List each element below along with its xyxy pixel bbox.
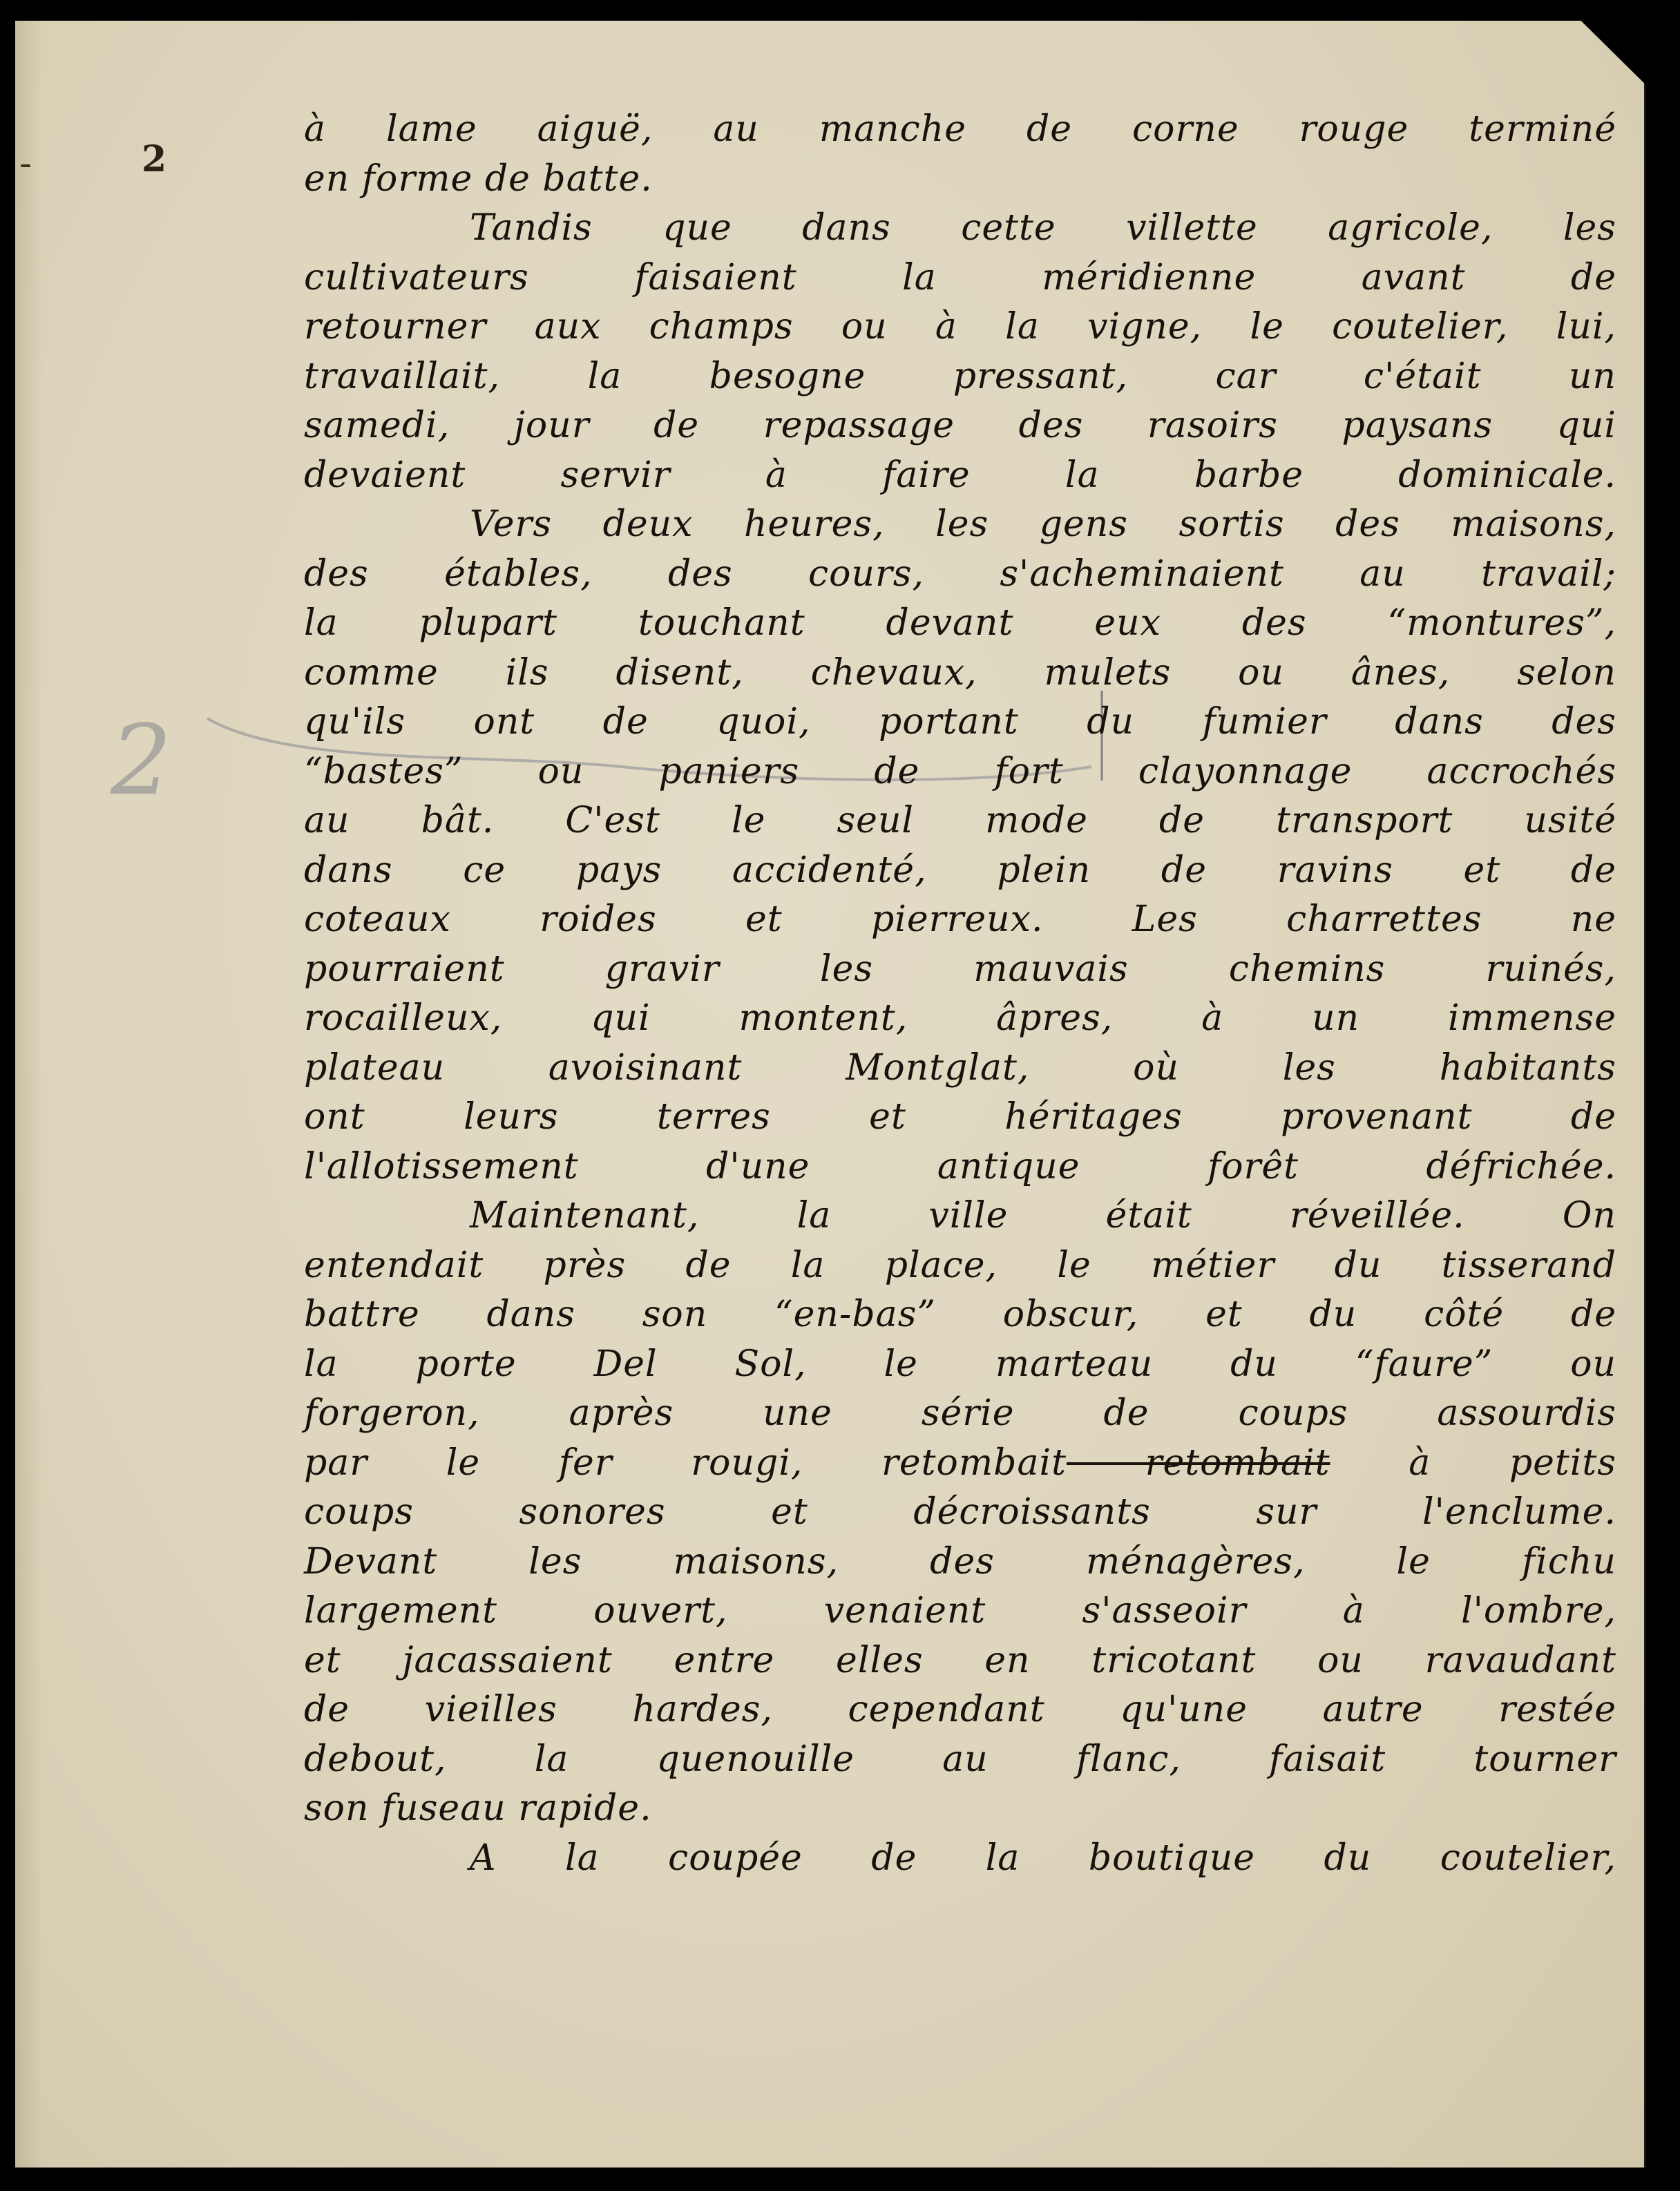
line-text: plateau avoisinant Montglat, où les habi… — [304, 1047, 1616, 1089]
line-text: travaillait, la besogne pressant, car c'… — [304, 356, 1616, 397]
manuscript-line: de vieilles hardes, cependant qu'une aut… — [304, 1685, 1616, 1735]
manuscript-line: coups sonores et décroissants sur l'encl… — [304, 1488, 1616, 1538]
line-text: cultivateurs faisaient la méridienne ava… — [304, 257, 1616, 298]
manuscript-line: forgeron, après une série de coups assou… — [304, 1389, 1616, 1439]
manuscript-line: travaillait, la besogne pressant, car c'… — [304, 352, 1616, 402]
manuscript-line: Devant les maisons, des ménagères, le fi… — [304, 1538, 1616, 1587]
manuscript-line: et jacassaient entre elles en tricotant … — [304, 1636, 1616, 1686]
line-text: qu'ils ont de quoi, portant du fumier da… — [304, 701, 1616, 743]
manuscript-line: A la coupée de la boutique du coutelier, — [304, 1834, 1616, 1884]
manuscript-line: ont leurs terres et héritages provenant … — [304, 1093, 1616, 1142]
manuscript-line: Maintenant, la ville était réveillée. On — [304, 1192, 1616, 1241]
pencil-margin-number: 2 — [111, 705, 172, 817]
line-text: dans ce pays accidenté, plein de ravins … — [304, 850, 1616, 891]
line-text: forgeron, après une série de coups assou… — [304, 1393, 1616, 1434]
manuscript-line: l'allotissement d'une antique forêt défr… — [304, 1142, 1616, 1192]
manuscript-line: rocailleux, qui montent, âpres, à un imm… — [304, 994, 1616, 1044]
line-text: largement ouvert, venaient s'asseoir à l… — [304, 1590, 1616, 1632]
line-text: pourraient gravir les mauvais chemins ru… — [304, 948, 1616, 990]
line-text: rocailleux, qui montent, âpres, à un imm… — [304, 997, 1616, 1039]
line-text: samedi, jour de repassage des rasoirs pa… — [304, 405, 1616, 446]
manuscript-line: battre dans son “en-bas” obscur, et du c… — [304, 1290, 1616, 1340]
manuscript-line: la porte Del Sol, le marteau du “faure” … — [304, 1340, 1616, 1390]
line-text: Devant les maisons, des ménagères, le fi… — [304, 1541, 1616, 1582]
line-text: au bât. C'est le seul mode de transport … — [304, 800, 1616, 841]
line-text: debout, la quenouille au flanc, faisait … — [304, 1739, 1616, 1780]
manuscript-line: plateau avoisinant Montglat, où les habi… — [304, 1044, 1616, 1093]
manuscript-line: son fuseau rapide. — [304, 1784, 1616, 1834]
manuscript-line: à lame aiguë, au manche de corne rouge t… — [304, 105, 1616, 155]
line-text: l'allotissement d'une antique forêt défr… — [304, 1146, 1616, 1187]
line-text: et jacassaient entre elles en tricotant … — [304, 1640, 1616, 1681]
manuscript-line: coteaux roides et pierreux. Les charrett… — [304, 895, 1616, 945]
line-text-continued: à petits — [1330, 1442, 1616, 1484]
manuscript-line: entendait près de la place, le métier du… — [304, 1241, 1616, 1291]
line-text: battre dans son “en-bas” obscur, et du c… — [304, 1294, 1616, 1335]
line-text: coups sonores et décroissants sur l'encl… — [304, 1491, 1616, 1533]
line-text: A la coupée de la boutique du coutelier, — [470, 1837, 1616, 1879]
line-text: en forme de batte. — [304, 158, 653, 200]
line-text: Vers deux heures, les gens sortis des ma… — [470, 504, 1616, 545]
manuscript-line: cultivateurs faisaient la méridienne ava… — [304, 253, 1616, 303]
manuscript-line: largement ouvert, venaient s'asseoir à l… — [304, 1587, 1616, 1636]
manuscript-line: pourraient gravir les mauvais chemins ru… — [304, 945, 1616, 995]
manuscript-line: par le fer rougi, retombait retombait à … — [304, 1439, 1616, 1489]
page-edge-shadow — [15, 21, 43, 2168]
line-text: devaient servir à faire la barbe dominic… — [304, 455, 1616, 496]
manuscript-line: en forme de batte. — [304, 155, 1616, 204]
line-text: coteaux roides et pierreux. Les charrett… — [304, 899, 1616, 940]
manuscript-line: comme ils disent, chevaux, mulets ou âne… — [304, 649, 1616, 698]
line-text: la plupart touchant devant eux des “mont… — [304, 602, 1616, 644]
line-text: “bastes” ou paniers de fort clayonnage a… — [304, 751, 1616, 792]
line-text: à lame aiguë, au manche de corne rouge t… — [304, 108, 1616, 150]
manuscript-line: au bât. C'est le seul mode de transport … — [304, 796, 1616, 846]
manuscript-line: devaient servir à faire la barbe dominic… — [304, 451, 1616, 501]
manuscript-line: Tandis que dans cette villette agricole,… — [304, 204, 1616, 253]
manuscript-line: samedi, jour de repassage des rasoirs pa… — [304, 401, 1616, 451]
line-text: Tandis que dans cette villette agricole,… — [470, 207, 1616, 249]
manuscript-line: qu'ils ont de quoi, portant du fumier da… — [304, 698, 1616, 747]
manuscript-line: retourner aux champs ou à la vigne, le c… — [304, 303, 1616, 352]
line-text: ont leurs terres et héritages provenant … — [304, 1096, 1616, 1138]
line-text: Maintenant, la ville était réveillée. On — [470, 1195, 1616, 1236]
manuscript-line: des étables, des cours, s'acheminaient a… — [304, 550, 1616, 600]
line-text: retourner aux champs ou à la vigne, le c… — [304, 306, 1616, 347]
margin-tick-mark — [21, 164, 30, 167]
manuscript-line: Vers deux heures, les gens sortis des ma… — [304, 500, 1616, 550]
line-text: par le fer rougi, retombait — [304, 1442, 1067, 1484]
manuscript-text: à lame aiguë, au manche de corne rouge t… — [304, 105, 1616, 1883]
page-number: 2 — [142, 138, 166, 180]
line-text: la porte Del Sol, le marteau du “faure” … — [304, 1343, 1616, 1385]
struck-through-word: retombait — [1067, 1442, 1330, 1484]
manuscript-line: “bastes” ou paniers de fort clayonnage a… — [304, 747, 1616, 797]
line-text: de vieilles hardes, cependant qu'une aut… — [304, 1689, 1616, 1730]
manuscript-line: la plupart touchant devant eux des “mont… — [304, 599, 1616, 649]
line-text: comme ils disent, chevaux, mulets ou âne… — [304, 652, 1616, 693]
line-text: son fuseau rapide. — [304, 1788, 652, 1829]
line-text: entendait près de la place, le métier du… — [304, 1245, 1616, 1286]
line-text: des étables, des cours, s'acheminaient a… — [304, 553, 1616, 595]
manuscript-line: dans ce pays accidenté, plein de ravins … — [304, 846, 1616, 896]
manuscript-line: debout, la quenouille au flanc, faisait … — [304, 1735, 1616, 1785]
